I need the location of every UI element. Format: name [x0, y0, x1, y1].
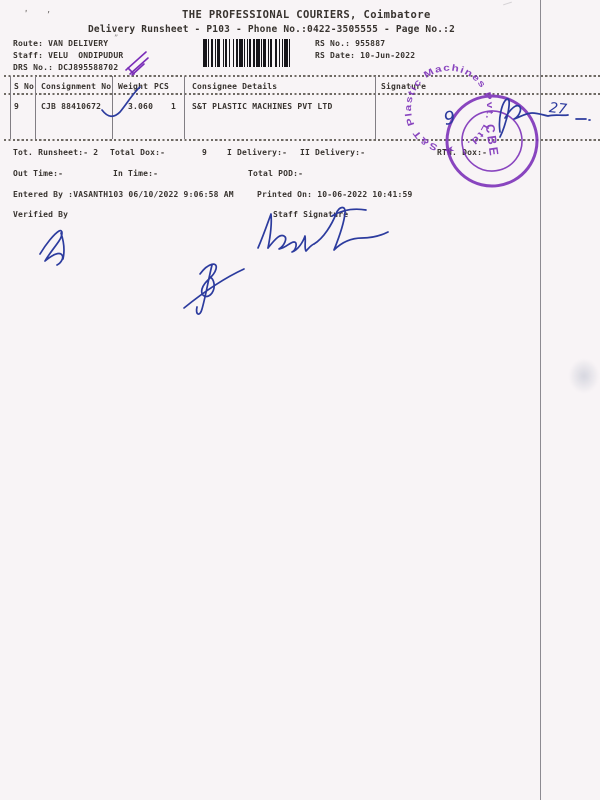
rs-date-line: RS Date: 10-Jun-2022 — [315, 51, 415, 60]
barcode — [203, 39, 293, 67]
table-column-line — [35, 76, 36, 139]
cell-consignee: S&T PLASTIC MACHINES PVT LTD — [192, 102, 332, 111]
scan-speck: ’ — [46, 10, 51, 19]
table-column-line — [184, 76, 185, 139]
total-pod: Total POD:- — [248, 169, 303, 178]
page-subtitle: Delivery Runsheet - P103 - Phone No.:042… — [88, 24, 455, 35]
in-time: In Time:- — [113, 169, 158, 178]
total-dox-value: 9 — [202, 148, 207, 157]
middle-signature-ink — [166, 254, 266, 316]
table-column-line — [375, 76, 376, 139]
verified-by-signature-ink — [28, 218, 88, 270]
scan-speck — [503, 2, 512, 6]
col-header-pcs: PCS — [154, 82, 169, 91]
col-header-consignee: Consignee Details — [192, 82, 277, 91]
staff-line: Staff: VELU ONDIPUDUR — [13, 51, 123, 60]
table-column-line — [10, 76, 11, 139]
cell-sno: 9 — [14, 102, 19, 111]
staff-line-scribble-ink — [118, 48, 150, 76]
cell-pcs: 1 — [171, 102, 176, 111]
entered-by: Entered By :VASANTH103 06/10/2022 9:06:5… — [13, 190, 234, 199]
total-dox-label: Total Dox:- — [110, 148, 165, 157]
page-title: THE PROFESSIONAL COURIERS, Coimbatore — [182, 9, 431, 21]
route-line: Route: VAN DELIVERY — [13, 39, 108, 48]
scan-speck: ” — [114, 34, 118, 42]
scan-speck: ’ — [23, 9, 29, 19]
drs-no-line: DRS No.: DCJ895588702 — [13, 63, 118, 72]
ii-delivery: II Delivery:- — [300, 148, 365, 157]
tot-runsheet: Tot. Runsheet:- 2 — [13, 148, 98, 157]
i-delivery: I Delivery:- — [227, 148, 287, 157]
cell-consignment: CJB 88410672 — [41, 102, 101, 111]
row-tick-ink — [94, 80, 146, 120]
col-header-sno: S No — [14, 82, 34, 91]
divider-top — [4, 75, 600, 77]
rs-no-line: RS No.: 955887 — [315, 39, 385, 48]
recipient-signature-ink — [460, 92, 600, 142]
out-time: Out Time:- — [13, 169, 63, 178]
staff-signature-ink — [248, 198, 398, 260]
scan-smudge — [563, 352, 600, 400]
runsheet-document: THE PROFESSIONAL COURIERS, Coimbatore De… — [0, 0, 600, 800]
